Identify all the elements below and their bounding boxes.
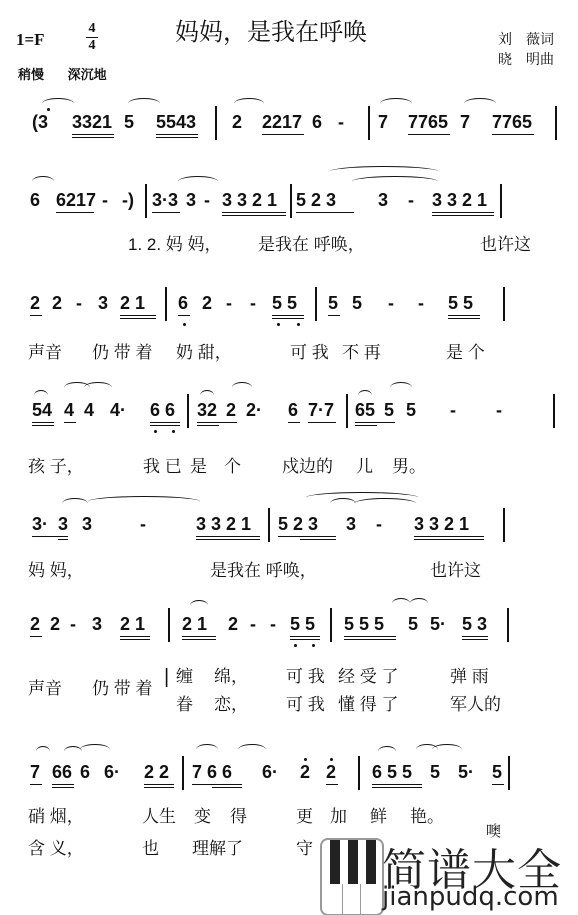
lyric: 是 个 — [446, 338, 485, 363]
note: 2 — [228, 614, 238, 635]
dash: - — [250, 614, 256, 635]
lyric: 懂 得 了 — [338, 690, 398, 715]
tie — [128, 98, 160, 109]
note: 3321 — [72, 112, 112, 133]
lyric: 得 — [230, 802, 247, 827]
notes-row: (3 3321 5 5543 2 2217 6 - 7 7765 7 7765 — [0, 112, 578, 142]
low-dot — [172, 430, 175, 433]
underline — [212, 787, 242, 788]
lyric: 更 — [296, 802, 313, 827]
piano-black-key — [348, 840, 358, 884]
dash: - — [376, 514, 382, 535]
note: 5 — [430, 762, 440, 783]
underline — [290, 636, 320, 637]
lyric: 孩 子， — [28, 452, 84, 477]
underline — [432, 215, 494, 216]
underline — [52, 784, 74, 785]
tie — [232, 382, 252, 393]
underline — [272, 318, 304, 319]
underline — [296, 212, 354, 213]
note: 7765 — [408, 112, 448, 133]
dash: - — [388, 293, 394, 314]
meter-bottom: 4 — [86, 39, 98, 53]
note: 54 — [32, 400, 52, 421]
dash: - — [140, 514, 146, 535]
lyric: 恋， — [214, 690, 248, 715]
low-dot — [183, 323, 186, 326]
barline — [346, 394, 348, 428]
underline — [432, 212, 494, 213]
notes-row: 2 2 - 3 2 1 6 2 - - 5 5 5 5 - - 5 5 — [0, 293, 578, 323]
lyric: 不 再 — [342, 338, 381, 363]
note: 32 — [197, 400, 217, 421]
lyric: 可 我 — [286, 662, 325, 687]
lyric: 守 — [296, 834, 313, 859]
note: 2 1 — [182, 614, 207, 635]
barline — [182, 756, 184, 790]
tie — [378, 746, 396, 757]
underline — [144, 784, 174, 785]
watermark: 简谱大全 jianpudq.com — [320, 838, 578, 915]
note: 5 — [406, 400, 416, 421]
underline — [197, 422, 237, 423]
lyric: 经 受 了 — [338, 662, 398, 687]
composer: 晓 明曲 — [498, 50, 554, 70]
tie — [42, 98, 74, 109]
lyrics-row: 1. 2. 妈 妈， 是我在 呼唤， 也许这 — [0, 230, 578, 252]
lyric: 奶 甜， — [176, 338, 232, 363]
dash: - — [270, 614, 276, 635]
note: 6 — [178, 293, 188, 314]
underline — [182, 639, 216, 640]
note: 5 5 — [448, 293, 473, 314]
tie — [32, 176, 54, 187]
note: 6 6 — [150, 400, 175, 421]
dash: - — [450, 400, 456, 421]
note: 6 5 5 — [372, 762, 412, 783]
lyrics-row: 声音 仍 带 着 | 缠 绵， 可 我 经 受 了 弹 雨 眷 恋， 可 我 懂… — [0, 662, 578, 684]
note: 5 5 — [290, 614, 315, 635]
lyric: 眷 — [176, 690, 193, 715]
underline — [182, 636, 216, 637]
lyric: 个 — [224, 452, 241, 477]
notes-row: 54 4 4 4· 6 6 32 2 2· 6 7·7 65 5 5 - - — [0, 400, 578, 430]
note: 5 — [408, 614, 418, 635]
note: 66 — [52, 762, 72, 783]
dash: - — [250, 293, 256, 314]
underline — [262, 134, 304, 135]
song-title: 妈妈，是我在呼唤 — [175, 12, 367, 47]
lyricist: 刘 薇词 — [498, 30, 554, 50]
underline — [192, 784, 242, 785]
dash: - — [76, 293, 82, 314]
lyric: 仍 带 着 — [92, 338, 152, 363]
note: 3 — [82, 514, 92, 535]
low-dot — [297, 323, 300, 326]
note: 3 — [186, 190, 196, 211]
note: 2 — [30, 614, 40, 635]
lyric: 是我在 呼唤， — [210, 556, 317, 581]
note: (3 — [32, 112, 48, 133]
lyric: 我 已 — [143, 452, 182, 477]
tie — [62, 498, 88, 509]
note: 5 — [328, 293, 338, 314]
note: 3· — [32, 514, 48, 535]
lyric: 硝 烟， — [28, 802, 84, 827]
barline — [503, 508, 505, 542]
underline — [222, 212, 286, 213]
notes-row: 7 66 6 6· 2 2 7 6 6 6· 2 2 6 5 5 5 5· 5 — [0, 762, 578, 792]
notes-row: 3· 3 3 - 3 3 2 1 5 2 3 3 - 3 3 2 1 — [0, 514, 578, 544]
dash: - — [70, 614, 76, 635]
underline — [414, 539, 484, 540]
underline — [492, 134, 534, 135]
underline — [462, 636, 488, 637]
barline — [330, 608, 332, 642]
underline — [196, 539, 260, 540]
slur — [352, 176, 438, 187]
expression: 深沉地 — [68, 67, 107, 82]
low-dot — [277, 323, 280, 326]
dash: - — [496, 400, 502, 421]
underline — [72, 137, 114, 138]
low-dot — [312, 644, 315, 647]
underline — [120, 315, 156, 316]
underline — [120, 636, 150, 637]
barline — [145, 184, 147, 218]
dash: - — [418, 293, 424, 314]
barline — [358, 756, 360, 790]
underline — [56, 212, 94, 213]
note: 5· — [430, 614, 446, 635]
note: 3 3 2 1 — [222, 190, 277, 211]
underline — [344, 636, 396, 637]
underline — [30, 784, 42, 785]
verse-brace: | — [164, 666, 169, 689]
lyrics-row: 硝 烟， 人生 变 得 更 加 鲜 艳。 含 义， 也 理解了 守 噢 — [0, 802, 578, 824]
barline — [555, 106, 557, 140]
note: 7·7 — [308, 400, 334, 421]
note: 2217 — [262, 112, 302, 133]
underline — [344, 639, 396, 640]
dash: - — [204, 190, 210, 211]
lyric: 仍 带 着 — [92, 674, 152, 699]
underline — [328, 315, 340, 316]
underline — [492, 784, 504, 785]
tie — [234, 98, 264, 109]
barline — [507, 608, 509, 642]
meter-top: 4 — [86, 22, 98, 36]
underline — [290, 639, 320, 640]
underline — [278, 536, 336, 537]
note: 4 — [84, 400, 94, 421]
dash: - — [338, 112, 344, 133]
note: 5 — [352, 293, 362, 314]
lyric: 男。 — [392, 452, 426, 477]
lyric: 是 — [190, 452, 207, 477]
underline — [196, 536, 260, 537]
note: 4· — [110, 400, 126, 421]
underline — [150, 425, 180, 426]
note: 3 3 2 1 — [196, 514, 251, 535]
note: 2 1 — [120, 293, 145, 314]
note: 2 2 — [144, 762, 169, 783]
note: 5 — [384, 400, 394, 421]
underline — [64, 422, 76, 423]
note: 5 2 3 — [278, 514, 318, 535]
piano-black-key — [330, 840, 340, 884]
lyric: 理解了 — [192, 834, 243, 859]
barline — [315, 287, 317, 321]
note: 2 — [30, 293, 40, 314]
underline — [462, 639, 488, 640]
barline — [290, 184, 292, 218]
underline — [156, 134, 198, 135]
lyric: 妈 妈， — [28, 556, 84, 581]
underline — [150, 422, 180, 423]
note: 6 — [288, 400, 298, 421]
lyric: 艳。 — [410, 802, 444, 827]
lyric: 弹 雨 — [450, 662, 489, 687]
note: 6· — [104, 762, 120, 783]
piano-key-divider — [360, 884, 361, 914]
slur — [88, 496, 200, 507]
tie — [380, 98, 412, 109]
barline — [503, 287, 505, 321]
underline — [408, 134, 450, 135]
dash: - — [102, 190, 108, 211]
underline — [197, 425, 219, 426]
lyrics-row: 孩 子， 我 已 是 个 戍边的 儿 男。 — [0, 452, 578, 474]
note: 3 3 2 1 — [432, 190, 487, 211]
underline — [326, 784, 338, 785]
barline — [508, 756, 510, 790]
lyric: 儿 — [356, 452, 373, 477]
barline — [268, 508, 270, 542]
dash: - — [408, 190, 414, 211]
note: 6 — [80, 762, 90, 783]
barline — [500, 184, 502, 218]
note: 2· — [246, 400, 262, 421]
dash: -) — [122, 190, 134, 211]
underline — [300, 539, 336, 540]
notes-row: 6 6217 - -) 3·3 3 - 3 3 2 1 5 2 3 3 - 3 … — [0, 190, 578, 220]
underline — [32, 422, 54, 423]
underline — [178, 315, 190, 316]
barline — [168, 608, 170, 642]
underline — [120, 639, 150, 640]
watermark-url: jianpudq.com — [382, 882, 559, 912]
lyric: 含 义， — [28, 834, 84, 859]
slur — [178, 176, 218, 187]
note: 3 — [92, 614, 102, 635]
key-signature: 1=F — [16, 30, 45, 50]
underline — [58, 539, 68, 540]
underline — [52, 787, 74, 788]
underline — [448, 315, 480, 316]
lyric: 缠 — [176, 662, 193, 687]
tempo-marking: 稍慢 深沉地 — [18, 64, 107, 83]
piano-black-key — [366, 840, 376, 884]
underline — [30, 315, 42, 316]
lyric: 声音 — [28, 338, 62, 363]
lyric: 军人的 — [450, 690, 501, 715]
note: 7 6 6 — [192, 762, 232, 783]
note: 7765 — [492, 112, 532, 133]
underline — [272, 315, 304, 316]
underline — [32, 425, 54, 426]
tie — [392, 598, 410, 609]
note: 3 — [98, 293, 108, 314]
lyric: 也许这 — [430, 556, 481, 581]
underline — [152, 212, 180, 213]
note: 2 1 — [120, 614, 145, 635]
note: 5 3 — [462, 614, 487, 635]
underline — [32, 536, 68, 537]
lyric: 绵， — [214, 662, 248, 687]
note: 3 — [378, 190, 388, 211]
barline — [187, 394, 189, 428]
barline — [553, 394, 555, 428]
credits: 刘 薇词 晓 明曲 — [498, 30, 554, 70]
lyrics-row: 妈 妈， 是我在 呼唤， 也许这 — [0, 556, 578, 578]
note: 3 — [58, 514, 68, 535]
tie — [196, 744, 218, 755]
high-dot — [304, 758, 307, 761]
note: 5 2 3 — [296, 190, 336, 211]
note: 2 — [300, 762, 310, 783]
tie — [330, 498, 356, 509]
note: 2 — [232, 112, 242, 133]
note: 65 — [355, 400, 375, 421]
note: 3 3 2 1 — [414, 514, 469, 535]
note: 2 — [226, 400, 236, 421]
underline — [120, 318, 156, 319]
notes-row: 2 2 - 3 2 1 2 1 2 - - 5 5 5 5 5 5 5· 5 3 — [0, 614, 578, 644]
high-dot — [330, 758, 333, 761]
barline — [165, 287, 167, 321]
underline — [30, 636, 42, 637]
underline — [288, 422, 300, 423]
dash: - — [226, 293, 232, 314]
lyric: 戍边的 — [282, 452, 333, 477]
lyric: 可 我 — [286, 690, 325, 715]
note: 2 — [326, 762, 336, 783]
note: 2 — [52, 293, 62, 314]
tie — [84, 382, 112, 393]
tie — [390, 382, 412, 393]
note: 6 — [312, 112, 322, 133]
lyric: 声音 — [28, 674, 62, 699]
underline — [308, 422, 336, 423]
note: 3 — [346, 514, 356, 535]
lyric: 可 我 — [290, 338, 329, 363]
note: 2 — [202, 293, 212, 314]
lyric: 鲜 — [370, 802, 387, 827]
note: 6· — [262, 762, 278, 783]
lyric: 是我在 呼唤， — [258, 230, 365, 255]
tie — [190, 600, 208, 611]
note: 7 — [378, 112, 388, 133]
time-signature: 4 4 — [86, 22, 98, 53]
note: 2 — [50, 614, 60, 635]
note: 5543 — [156, 112, 196, 133]
lyric: 人生 — [142, 802, 176, 827]
tie — [464, 98, 496, 109]
tie — [410, 598, 428, 609]
note: 5 5 5 — [344, 614, 384, 635]
tie — [36, 746, 50, 757]
note: 5 — [492, 762, 502, 783]
lyrics-row: 声音 仍 带 着 奶 甜， 可 我 不 再 是 个 — [0, 338, 578, 360]
note: 5· — [458, 762, 474, 783]
underline — [222, 215, 286, 216]
barline — [215, 106, 217, 140]
underline — [144, 787, 174, 788]
underline — [355, 425, 377, 426]
underline — [72, 134, 114, 135]
low-dot — [294, 644, 297, 647]
piano-key-divider — [342, 884, 343, 914]
note: 6217 — [56, 190, 96, 211]
lyric: 1. 2. 妈 妈， — [128, 230, 222, 255]
note: 4 — [64, 400, 74, 421]
lyric: 也许这 — [480, 230, 531, 255]
note: 7 — [30, 762, 40, 783]
slur — [354, 498, 416, 509]
tempo: 稍慢 — [18, 67, 44, 82]
low-dot — [154, 430, 157, 433]
note: 6 — [30, 190, 40, 211]
underline — [448, 318, 480, 319]
note: 5 — [124, 112, 134, 133]
lyric: 也 — [142, 834, 159, 859]
note: 7 — [460, 112, 470, 133]
note: 5 5 — [272, 293, 297, 314]
underline — [156, 137, 198, 138]
lyric: 变 — [194, 802, 211, 827]
underline — [372, 784, 422, 785]
piano-icon — [320, 838, 384, 915]
underline — [355, 422, 395, 423]
underline — [372, 787, 422, 788]
note: 3·3 — [152, 190, 178, 211]
tie — [80, 744, 110, 755]
tie — [238, 744, 266, 755]
tie — [432, 744, 462, 755]
underline — [414, 536, 484, 537]
barline — [368, 106, 370, 140]
lyric: 加 — [330, 802, 347, 827]
